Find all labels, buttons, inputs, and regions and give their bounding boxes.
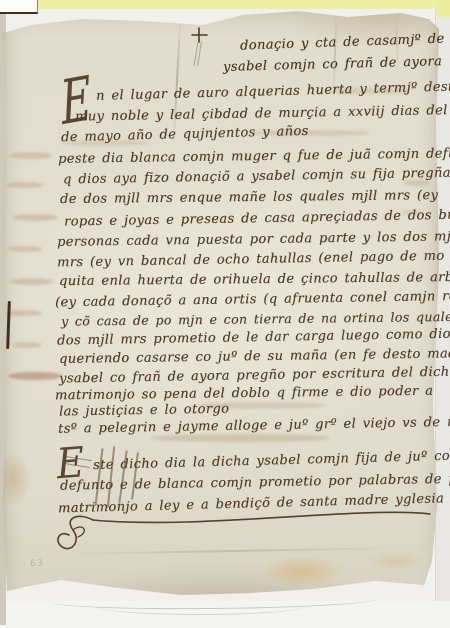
folio-number: 63 (30, 559, 45, 569)
ink-bleedthrough (6, 182, 44, 188)
text-line: las justiçias e lo otorgo (59, 402, 230, 420)
ink-bleedthrough (10, 278, 54, 285)
notarial-cross-icon (186, 26, 212, 70)
ink-bleedthrough (12, 214, 58, 221)
ink-bleedthrough (12, 342, 42, 348)
ink-bleedthrough (8, 246, 42, 252)
manuscript-scan: donaçio y cta de casamjº de ysabel comjn… (0, 0, 450, 628)
yellow-backing-strip (36, 0, 450, 9)
yellow-backing-corner (437, 0, 450, 17)
ink-bleedthrough (10, 152, 52, 159)
initial-letter: E (58, 63, 94, 139)
rubric-flourish (48, 500, 438, 562)
ink-bleedthrough (6, 310, 42, 316)
label-tab (0, 0, 38, 14)
ink-bleedthrough (150, 434, 330, 442)
ink-bleedthrough (8, 372, 62, 380)
